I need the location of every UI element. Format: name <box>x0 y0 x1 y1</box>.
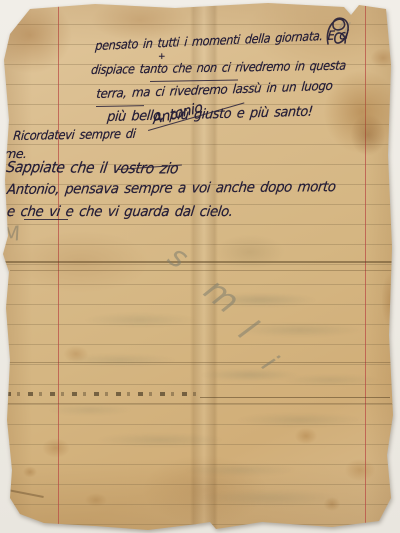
horizontal-fold-crease <box>8 403 392 404</box>
horizontal-fold-crease <box>4 261 394 263</box>
right-margin-line <box>365 0 366 533</box>
handwriting-line: Antonio, pensava sempre a voi anche dopo… <box>6 179 336 198</box>
paper-shadow-wrap: s m l i M ll pensato in tutti i momenti … <box>0 0 400 533</box>
handwriting-line: Ricordatevi sempre di <box>13 126 137 143</box>
handwriting-line: e che vi e che vi guarda dal cielo. <box>6 204 234 220</box>
horizontal-fold-crease <box>10 270 396 271</box>
pencil-mark: M <box>1 221 21 247</box>
left-margin-line <box>58 0 59 533</box>
ink-flourish-scribble <box>320 10 356 52</box>
underline-mark <box>24 219 68 220</box>
horizontal-fold-crease <box>200 397 390 398</box>
horizontal-fold-crease <box>0 362 400 363</box>
damaged-fold-crease <box>6 392 198 396</box>
paper-sheet: s m l i M ll pensato in tutti i momenti … <box>0 0 400 533</box>
insertion-caret-mark: + <box>158 52 165 62</box>
scanned-letter-page: s m l i M ll pensato in tutti i momenti … <box>0 0 400 533</box>
